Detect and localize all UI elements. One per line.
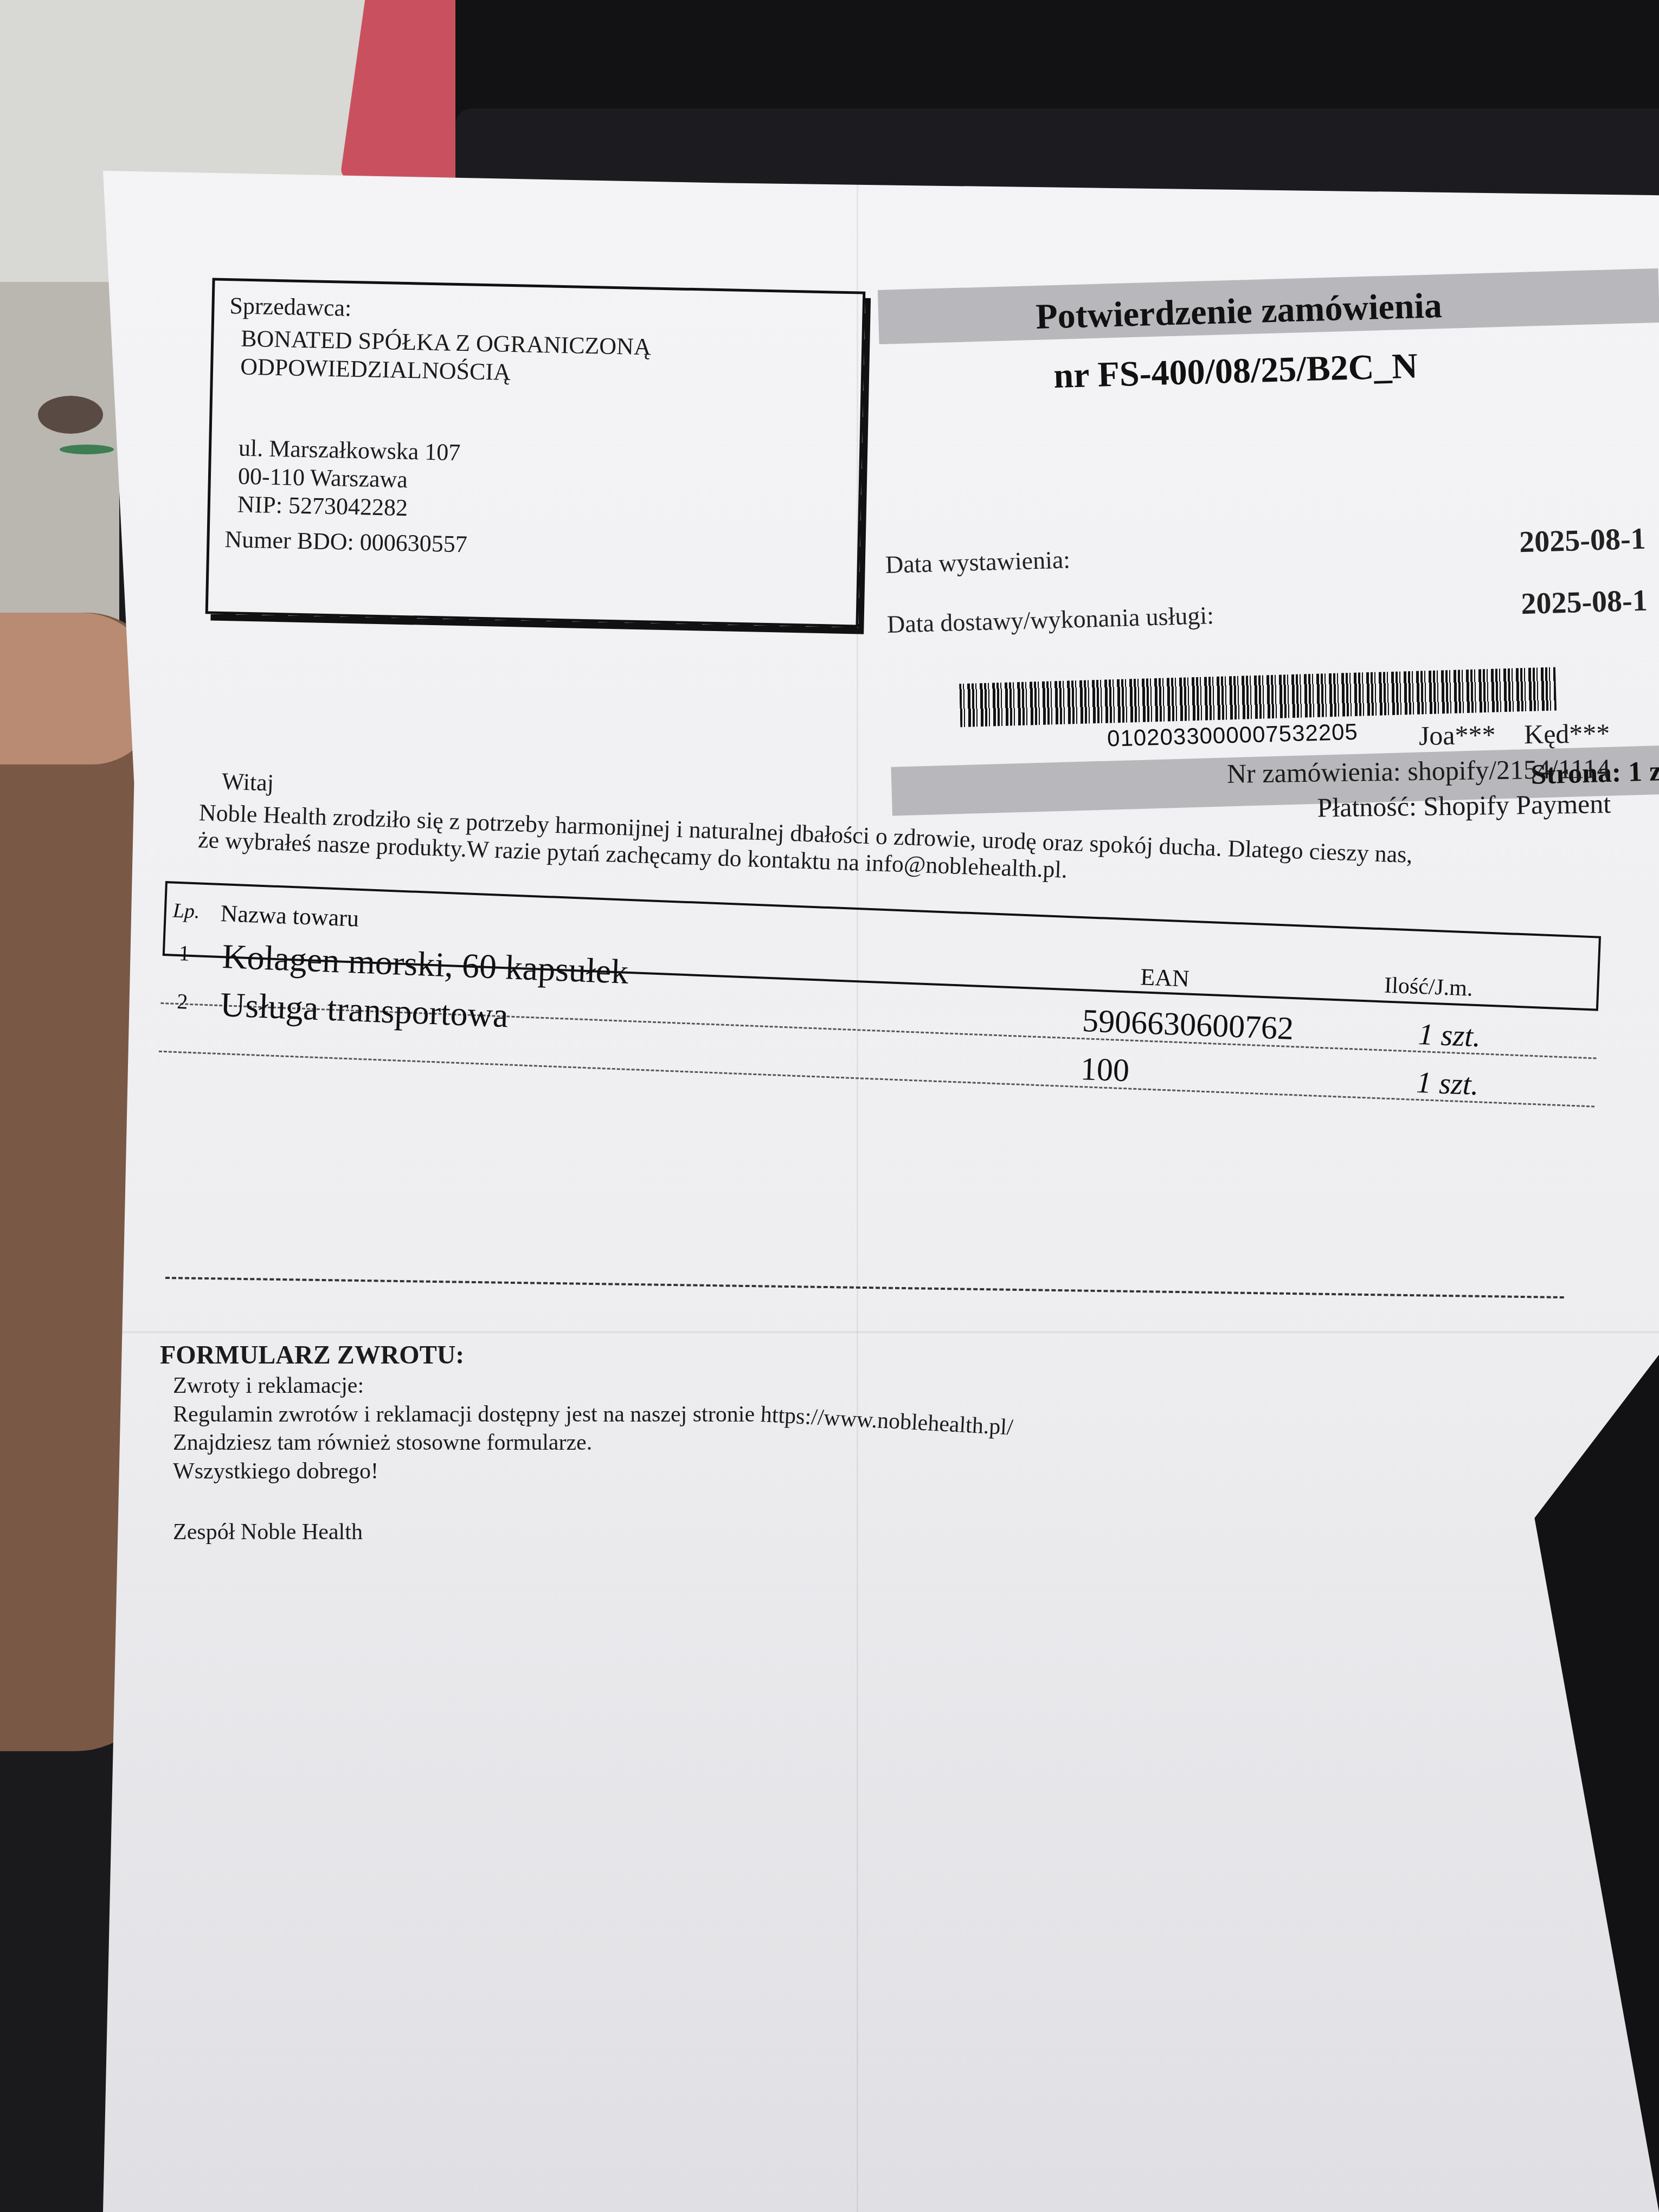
items-table: Lp. Nazwa towaru EAN Ilość/J.m. 1 Kolage… bbox=[159, 881, 1601, 1107]
row-ean: 100 bbox=[1080, 1050, 1130, 1089]
document-number: nr FS-400/08/25/B2C_N bbox=[1053, 345, 1418, 397]
header-lp: Lp. bbox=[172, 899, 200, 924]
background-clutter bbox=[0, 282, 119, 629]
signature: Zespół Noble Health bbox=[160, 1518, 1013, 1547]
delivery-date-label: Data dostawy/wykonania usługi: bbox=[886, 601, 1214, 638]
header-name: Nazwa towaru bbox=[220, 899, 359, 933]
issue-date-row: Data wystawienia: 2025-08-1 bbox=[885, 545, 1070, 579]
row-lp: 2 bbox=[177, 988, 189, 1014]
header-ean: EAN bbox=[1140, 963, 1190, 992]
returns-policy-text: Regulamin zwrotów i reklamacji dostępny … bbox=[173, 1402, 755, 1427]
row-qty: 1 szt. bbox=[1416, 1065, 1480, 1102]
order-number: Nr zamówienia: shopify/2154/1114 bbox=[1226, 751, 1610, 792]
row-lp: 1 bbox=[178, 940, 190, 966]
document-header: Potwierdzenie zamówienia nr FS-400/08/25… bbox=[878, 268, 1659, 344]
delivery-date-row: Data dostawy/wykonania usługi: 2025-08-1 bbox=[886, 601, 1214, 639]
row-qty: 1 szt. bbox=[1418, 1017, 1482, 1054]
returns-title: FORMULARZ ZWROTU: bbox=[160, 1339, 1013, 1372]
section-separator bbox=[165, 1277, 1564, 1298]
customer-name: Joa*** Kęd*** bbox=[1226, 716, 1610, 756]
issue-date-label: Data wystawienia: bbox=[885, 545, 1070, 578]
delivery-date-value: 2025-08-1 bbox=[1521, 583, 1648, 621]
returns-line-2: Regulamin zwrotów i reklamacji dostępny … bbox=[160, 1400, 1013, 1429]
background-blob bbox=[38, 396, 103, 434]
seller-bdo: Numer BDO: 000630557 bbox=[224, 525, 843, 567]
returns-line-1: Zwroty i reklamacje: bbox=[160, 1372, 1013, 1400]
customer-last-name: Kęd*** bbox=[1523, 718, 1610, 749]
returns-line-4: Wszystkiego dobrego! bbox=[160, 1457, 1013, 1486]
issue-date-value: 2025-08-1 bbox=[1519, 522, 1646, 560]
returns-section: FORMULARZ ZWROTU: Zwroty i reklamacje: R… bbox=[160, 1339, 1013, 1547]
customer-first-name: Joa*** bbox=[1418, 719, 1495, 751]
seller-box: Sprzedawca: BONATED SPÓŁKA Z OGRANICZONĄ… bbox=[205, 278, 866, 627]
header-qty: Ilość/J.m. bbox=[1384, 972, 1473, 1001]
paper-fold-horizontal bbox=[103, 1331, 1659, 1333]
order-confirmation-paper: Sprzedawca: BONATED SPÓŁKA Z OGRANICZONĄ… bbox=[103, 171, 1659, 2212]
background-leaf bbox=[60, 445, 114, 454]
